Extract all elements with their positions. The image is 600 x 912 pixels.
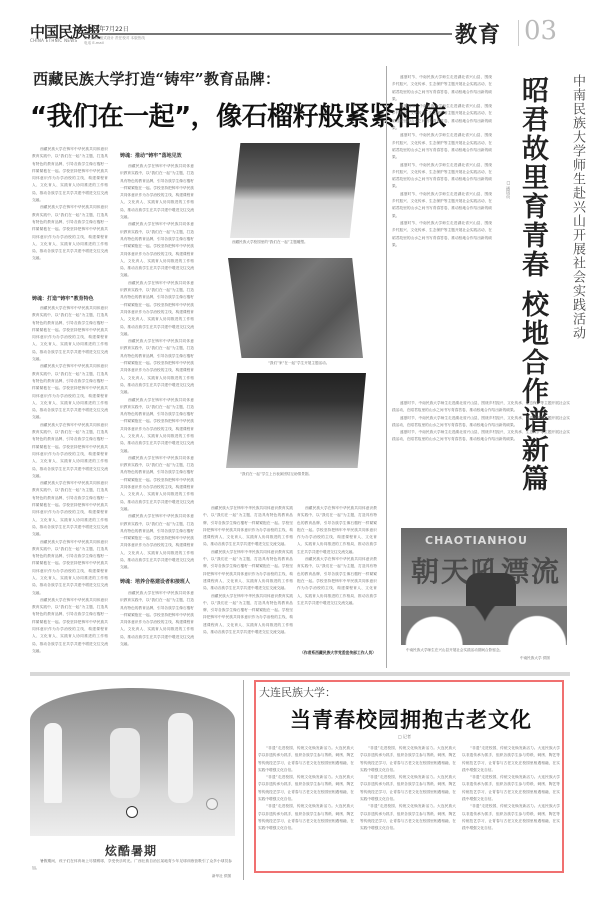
body-paragraph: “非遗”走进校园，传统文化焕发新活力。大连民族大学以非遗传承为抓手，组织各族学生…	[462, 745, 560, 774]
highlight-column-2: “非遗”走进校园，传统文化焕发新活力。大连民族大学以非遗传承为抓手，组织各族学生…	[360, 745, 456, 875]
side-column-1: 盛夏时节，中南民族大学师生走进湖北省兴山县，围绕乡村振兴、文化传承、生态保护等主…	[392, 74, 492, 399]
section-name: 教育	[455, 18, 501, 49]
highlight-headline: 当青春校园拥抱古老文化	[290, 704, 532, 734]
side-column-2: 盛夏时节，中南民族大学师生走进湖北省兴山县，围绕乡村振兴、文化传承、生态保护等主…	[392, 400, 570, 525]
photo-ball	[126, 806, 138, 818]
body-paragraph: 盛夏时节，中南民族大学师生走进湖北省兴山县，围绕乡村振兴、文化传承、生态保护等主…	[392, 415, 570, 430]
body-paragraph: 西藏民族大学在铸牢中华民族共同体意识教育实践中，以“我们在一起”为主题，打造具有…	[120, 513, 194, 571]
body-paragraph: 西藏民族大学在铸牢中华民族共同体意识教育实践中，以“我们在一起”为主题，打造具有…	[120, 397, 194, 455]
body-paragraph: “非遗”走进校园，传统文化焕发新活力。大连民族大学以非遗传承为抓手，组织各族学生…	[258, 803, 354, 832]
photo-child-left	[44, 723, 62, 803]
body-paragraph: “非遗”走进校园，传统文化焕发新活力。大连民族大学以非遗传承为抓手，组织各族学生…	[462, 774, 560, 803]
body-paragraph: 西藏民族大学在铸牢中华民族共同体意识教育实践中，以“我们在一起”为主题，打造具有…	[203, 505, 293, 549]
lead-column-1: 西藏民族大学在铸牢中华民族共同体意识教育实践中，以“我们在一起”为主题，打造具有…	[32, 146, 108, 276]
lead-column-2: 西藏民族大学在铸牢中华民族共同体意识教育实践中，以“我们在一起”为主题，打造具有…	[120, 163, 194, 573]
photo-student-performance	[226, 373, 366, 468]
highlight-byline: □ 记者	[398, 734, 411, 740]
body-paragraph: “非遗”走进校园，传统文化焕发新活力。大连民族大学以非遗传承为抓手，组织各族学生…	[360, 803, 456, 832]
body-paragraph: 盛夏时节，中南民族大学师生走进湖北省兴山县，围绕乡村振兴、文化传承、生态保护等主…	[392, 74, 492, 103]
section-divider	[518, 20, 519, 46]
body-paragraph: 西藏民族大学在铸牢中华民族共同体意识教育实践中，以“我们在一起”为主题，打造具有…	[297, 556, 377, 607]
photo-child-kicking	[110, 728, 140, 798]
photo-sign-text: CHAOTIANHOU	[425, 534, 528, 547]
body-paragraph: “非遗”走进校园，传统文化焕发新活力。大连民族大学以非遗传承为抓手，组织各族学生…	[360, 774, 456, 803]
lead-column-1b: 西藏民族大学在铸牢中华民族共同体意识教育实践中，以“我们在一起”为主题，打造具有…	[32, 305, 108, 667]
body-paragraph: 西藏民族大学在铸牢中华民族共同体意识教育实践中，以“我们在一起”为主题，打造具有…	[203, 593, 293, 637]
body-paragraph: 西藏民族大学在铸牢中华民族共同体意识教育实践中，以“我们在一起”为主题，打造具有…	[120, 338, 194, 396]
masthead-info-line: 电话 E-mail	[84, 41, 214, 46]
lead-footer-note: （作者系西藏民族大学党委宣传部工作人员）	[300, 650, 380, 656]
lead-subhead-3: 铸魂：培养合格建设者和接班人	[120, 578, 190, 585]
body-paragraph: 西藏民族大学在铸牢中华民族共同体意识教育实践中，以“我们在一起”为主题，打造具有…	[120, 163, 194, 221]
highlight-kicker: 大连民族大学：	[259, 684, 336, 700]
column-divider	[243, 680, 244, 880]
lead-kicker: 西藏民族大学打造“铸牢”教育品牌：	[33, 68, 280, 89]
lead-column-4: 西藏民族大学在铸牢中华民族共同体意识教育实践中，以“我们在一起”为主题，打造具有…	[297, 505, 377, 645]
masthead-info: 责任编辑 版式设计 责任校对 本版热线 电话 E-mail	[84, 36, 214, 46]
body-paragraph: “非遗”走进校园，传统文化焕发新活力。大连民族大学以非遗传承为抓手，组织各族学生…	[360, 745, 456, 774]
column-divider	[386, 66, 387, 668]
body-paragraph: “非遗”走进校园，传统文化焕发新活力。大连民族大学以非遗传承为抓手，组织各族学生…	[258, 774, 354, 803]
body-paragraph: 西藏民族大学在铸牢中华民族共同体意识教育实践中，以“我们在一起”为主题，打造具有…	[32, 539, 108, 597]
body-paragraph: 盛夏时节，中南民族大学师生走进湖北省兴山县，围绕乡村振兴、文化传承、生态保护等主…	[392, 162, 492, 191]
side-kicker: 中南民族大学师生赴兴山开展社会实践活动	[568, 74, 587, 340]
body-paragraph: 西藏民族大学在铸牢中华民族共同体意识教育实践中，以“我们在一起”为主题，打造具有…	[120, 590, 194, 648]
body-paragraph: 西藏民族大学在铸牢中华民族共同体意识教育实践中，以“我们在一起”为主题，打造具有…	[297, 505, 377, 556]
body-paragraph: “非遗”走进校园，传统文化焕发新活力。大连民族大学以非遗传承为抓手，组织各族学生…	[258, 745, 354, 774]
photo-chaotianhou: CHAOTIANHOU 朝天吼漂流	[401, 528, 567, 645]
body-paragraph: 西藏民族大学在铸牢中华民族共同体意识教育实践中，以“我们在一起”为主题，打造具有…	[32, 480, 108, 538]
lead-headline: “我们在一起”，像石榴籽般紧紧相依	[30, 96, 446, 133]
side-photo-caption: 中南民族大学师生在兴山县开展社会实践活动期间合影留念。	[406, 648, 566, 653]
photo-ball	[206, 798, 218, 810]
photo-caption-2: “我们”家“在一起”学生开展主题活动。	[268, 361, 368, 366]
highlight-column-1: “非遗”走进校园，传统文化焕发新活力。大连民族大学以非遗传承为抓手，组织各族学生…	[258, 745, 354, 875]
body-paragraph: 西藏民族大学在铸牢中华民族共同体意识教育实践中，以“我们在一起”为主题，打造具有…	[32, 363, 108, 421]
caption-text: 暑假期间，孩子们在体育场上尽情踢球，享受快乐时光。广西壮族自治区某地青少年足球训…	[32, 858, 232, 873]
masthead-rule	[82, 33, 452, 35]
body-paragraph: 西藏民族大学在铸牢中华民族共同体意识教育实践中，以“我们在一起”为主题，打造具有…	[32, 597, 108, 655]
body-paragraph: 西藏民族大学在铸牢中华民族共同体意识教育实践中，以“我们在一起”为主题，打造具有…	[120, 280, 194, 338]
lead-subhead-2: 铸魂：推动“铸牢”落地见效	[120, 152, 182, 159]
photo-caption-3: “我们在一起”学生上台表演团结互助情景剧。	[240, 472, 360, 477]
lead-column-2b: 西藏民族大学在铸牢中华民族共同体意识教育实践中，以“我们在一起”为主题，打造具有…	[120, 590, 194, 667]
side-byline: □ 通讯员	[505, 180, 511, 198]
body-paragraph: 盛夏时节，中南民族大学师生走进湖北省兴山县，围绕乡村振兴、文化传承、生态保护等主…	[392, 103, 492, 132]
body-paragraph: 西藏民族大学在铸牢中华民族共同体意识教育实践中，以“我们在一起”为主题，打造具有…	[120, 455, 194, 513]
photo-adult-coach	[168, 713, 193, 803]
photo-student-activity	[228, 258, 363, 358]
photo-kids-football	[30, 688, 235, 836]
issue-date: 2025年7月22日	[84, 24, 129, 33]
page-number: 03	[524, 16, 557, 46]
highlight-column-3: “非遗”走进校园，传统文化焕发新活力。大连民族大学以非遗传承为抓手，组织各族学生…	[462, 745, 560, 875]
photo-campus-sculpture	[230, 143, 360, 238]
side-photo-credit: 中南民族大学 供图	[520, 656, 550, 661]
body-paragraph: 西藏民族大学在铸牢中华民族共同体意识教育实践中，以“我们在一起”为主题，打造具有…	[32, 422, 108, 480]
photo-waves	[401, 606, 567, 645]
body-paragraph: 盛夏时节，中南民族大学师生走进湖北省兴山县，围绕乡村振兴、文化传承、生态保护等主…	[392, 132, 492, 161]
body-paragraph: 西藏民族大学在铸牢中华民族共同体意识教育实践中，以“我们在一起”为主题，打造具有…	[32, 305, 108, 363]
feature-photo-credit: 新华社 供图	[212, 874, 231, 879]
body-paragraph: “非遗”走进校园，传统文化焕发新活力。大连民族大学以非遗传承为抓手，组织各族学生…	[462, 803, 560, 832]
body-paragraph: 西藏民族大学在铸牢中华民族共同体意识教育实践中，以“我们在一起”为主题，打造具有…	[203, 549, 293, 593]
body-paragraph: 盛夏时节，中南民族大学师生走进湖北省兴山县，围绕乡村振兴、文化传承、生态保护等主…	[392, 429, 570, 444]
body-paragraph: 盛夏时节，中南民族大学师生走进湖北省兴山县，围绕乡村振兴、文化传承、生态保护等主…	[392, 400, 570, 415]
section-rule	[30, 672, 570, 676]
feature-photo-title: 炫酷暑期	[105, 842, 157, 859]
photo-caption-1: 西藏民族大学校园里的“我们在一起”主题雕塑。	[232, 240, 342, 245]
lead-column-3: 西藏民族大学在铸牢中华民族共同体意识教育实践中，以“我们在一起”为主题，打造具有…	[203, 505, 293, 665]
body-paragraph: 盛夏时节，中南民族大学师生走进湖北省兴山县，围绕乡村振兴、文化传承、生态保护等主…	[392, 220, 492, 249]
body-paragraph: 西藏民族大学在铸牢中华民族共同体意识教育实践中，以“我们在一起”为主题，打造具有…	[32, 204, 108, 262]
body-paragraph: 西藏民族大学在铸牢中华民族共同体意识教育实践中，以“我们在一起”为主题，打造具有…	[32, 146, 108, 204]
body-paragraph: 盛夏时节，中南民族大学师生走进湖北省兴山县，围绕乡村振兴、文化传承、生态保护等主…	[392, 191, 492, 220]
body-paragraph: 西藏民族大学在铸牢中华民族共同体意识教育实践中，以“我们在一起”为主题，打造具有…	[120, 221, 194, 279]
newspaper-logo-subtitle: CHINA ETHNIC NEWS	[30, 38, 77, 43]
lead-subhead-1: 铸魂：打造“铸牢”教育特色	[32, 295, 94, 302]
feature-photo-caption: 暑假期间，孩子们在体育场上尽情踢球，享受快乐时光。广西壮族自治区某地青少年足球训…	[32, 858, 232, 880]
